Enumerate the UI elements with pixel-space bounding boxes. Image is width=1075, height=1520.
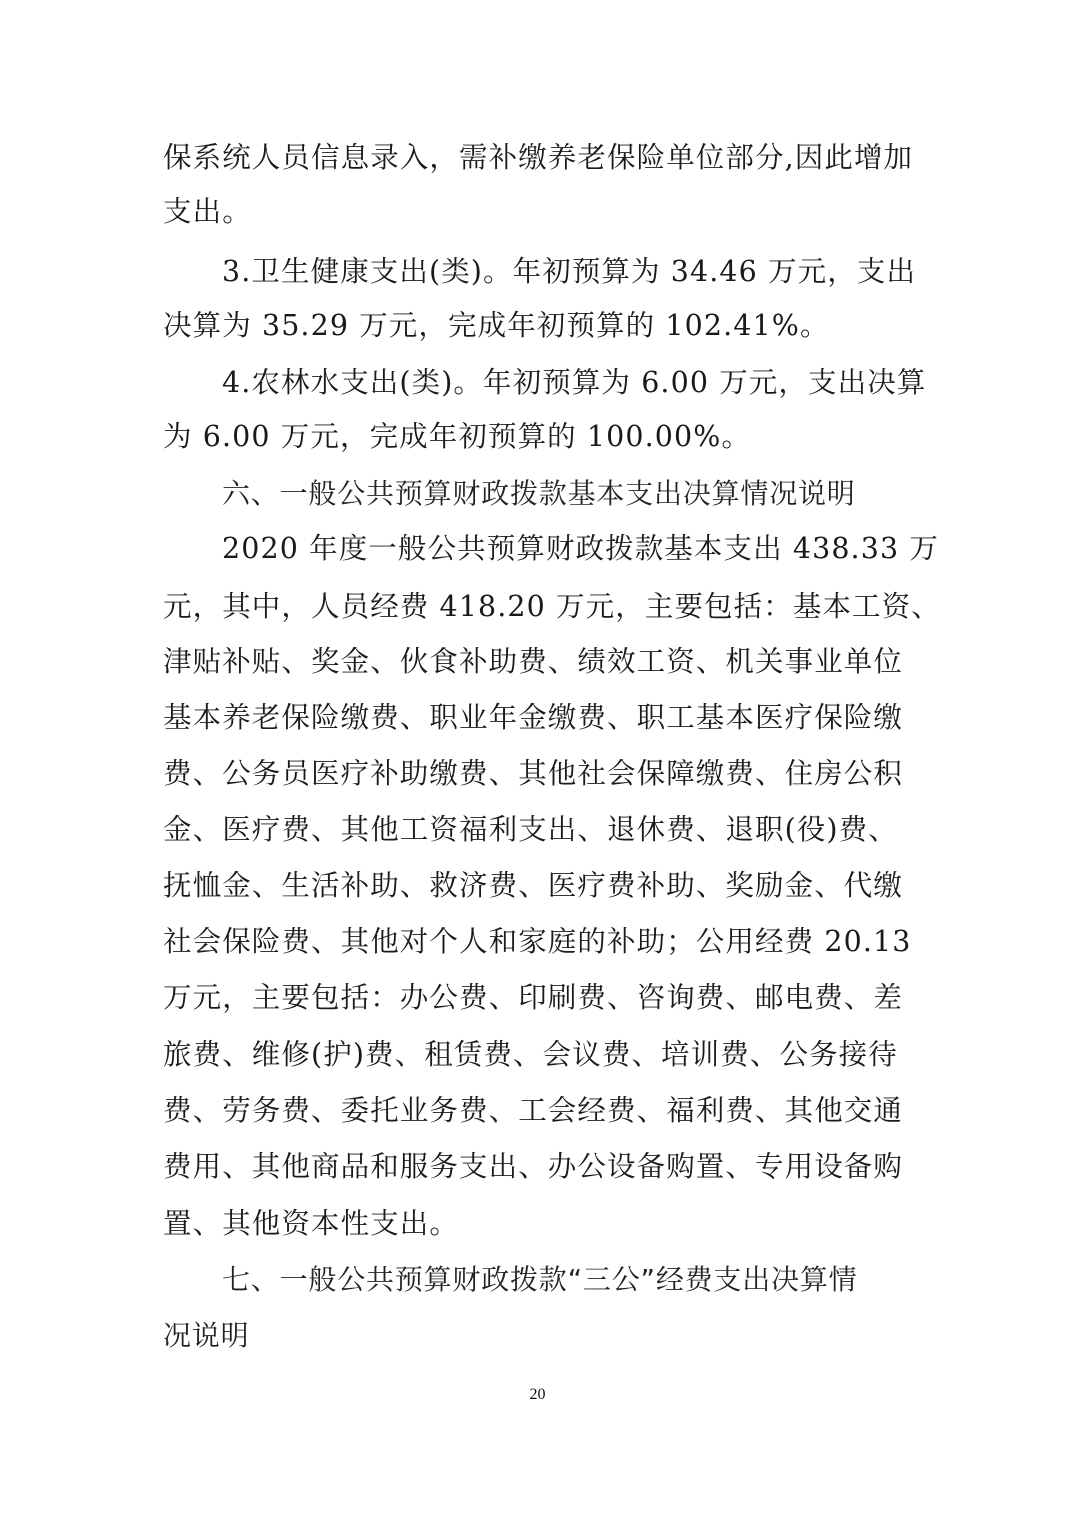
document-page: 保系统人员信息录入，需补缴养老保险单位部分,因此增加 支出。 3.卫生健康支出(… <box>0 0 1075 1520</box>
paragraph-line: 元，其中，人员经费 418.20 万元，主要包括：基本工资、 <box>163 587 923 627</box>
paragraph-line: 保系统人员信息录入，需补缴养老保险单位部分,因此增加 <box>163 138 923 178</box>
paragraph-line: 费、劳务费、委托业务费、工会经费、福利费、其他交通 <box>163 1091 923 1131</box>
paragraph-line: 支出。 <box>163 192 923 232</box>
paragraph-line: 决算为 35.29 万元，完成年初预算的 102.41%。 <box>163 306 923 346</box>
paragraph-line: 基本养老保险缴费、职业年金缴费、职工基本医疗保险缴 <box>163 698 923 738</box>
section-heading-7: 七、一般公共预算财政拨款“三公”经费支出决算情 <box>222 1260 982 1300</box>
paragraph-line: 费用、其他商品和服务支出、办公设备购置、专用设备购 <box>163 1147 923 1187</box>
paragraph-line: 3.卫生健康支出(类)。年初预算为 34.46 万元，支出 <box>222 252 982 292</box>
paragraph-line: 万元，主要包括：办公费、印刷费、咨询费、邮电费、差 <box>163 978 923 1018</box>
paragraph-line: 津贴补贴、奖金、伙食补助费、绩效工资、机关事业单位 <box>163 642 923 682</box>
paragraph-line: 置、其他资本性支出。 <box>163 1204 923 1244</box>
paragraph-line: 2020 年度一般公共预算财政拨款基本支出 438.33 万 <box>222 529 982 569</box>
paragraph-line: 4.农林水支出(类)。年初预算为 6.00 万元，支出决算 <box>222 363 982 403</box>
paragraph-line: 金、医疗费、其他工资福利支出、退休费、退职(役)费、 <box>163 810 923 850</box>
paragraph-line: 为 6.00 万元，完成年初预算的 100.00%。 <box>163 417 923 457</box>
paragraph-line: 旅费、维修(护)费、租赁费、会议费、培训费、公务接待 <box>163 1035 923 1075</box>
section-heading-7-continued: 况说明 <box>163 1316 923 1356</box>
paragraph-line: 抚恤金、生活补助、救济费、医疗费补助、奖励金、代缴 <box>163 866 923 906</box>
section-heading-6: 六、一般公共预算财政拨款基本支出决算情况说明 <box>222 474 982 514</box>
paragraph-line: 费、公务员医疗补助缴费、其他社会保障缴费、住房公积 <box>163 754 923 794</box>
paragraph-line: 社会保险费、其他对个人和家庭的补助；公用经费 20.13 <box>163 922 923 962</box>
page-number: 20 <box>0 1386 1075 1404</box>
